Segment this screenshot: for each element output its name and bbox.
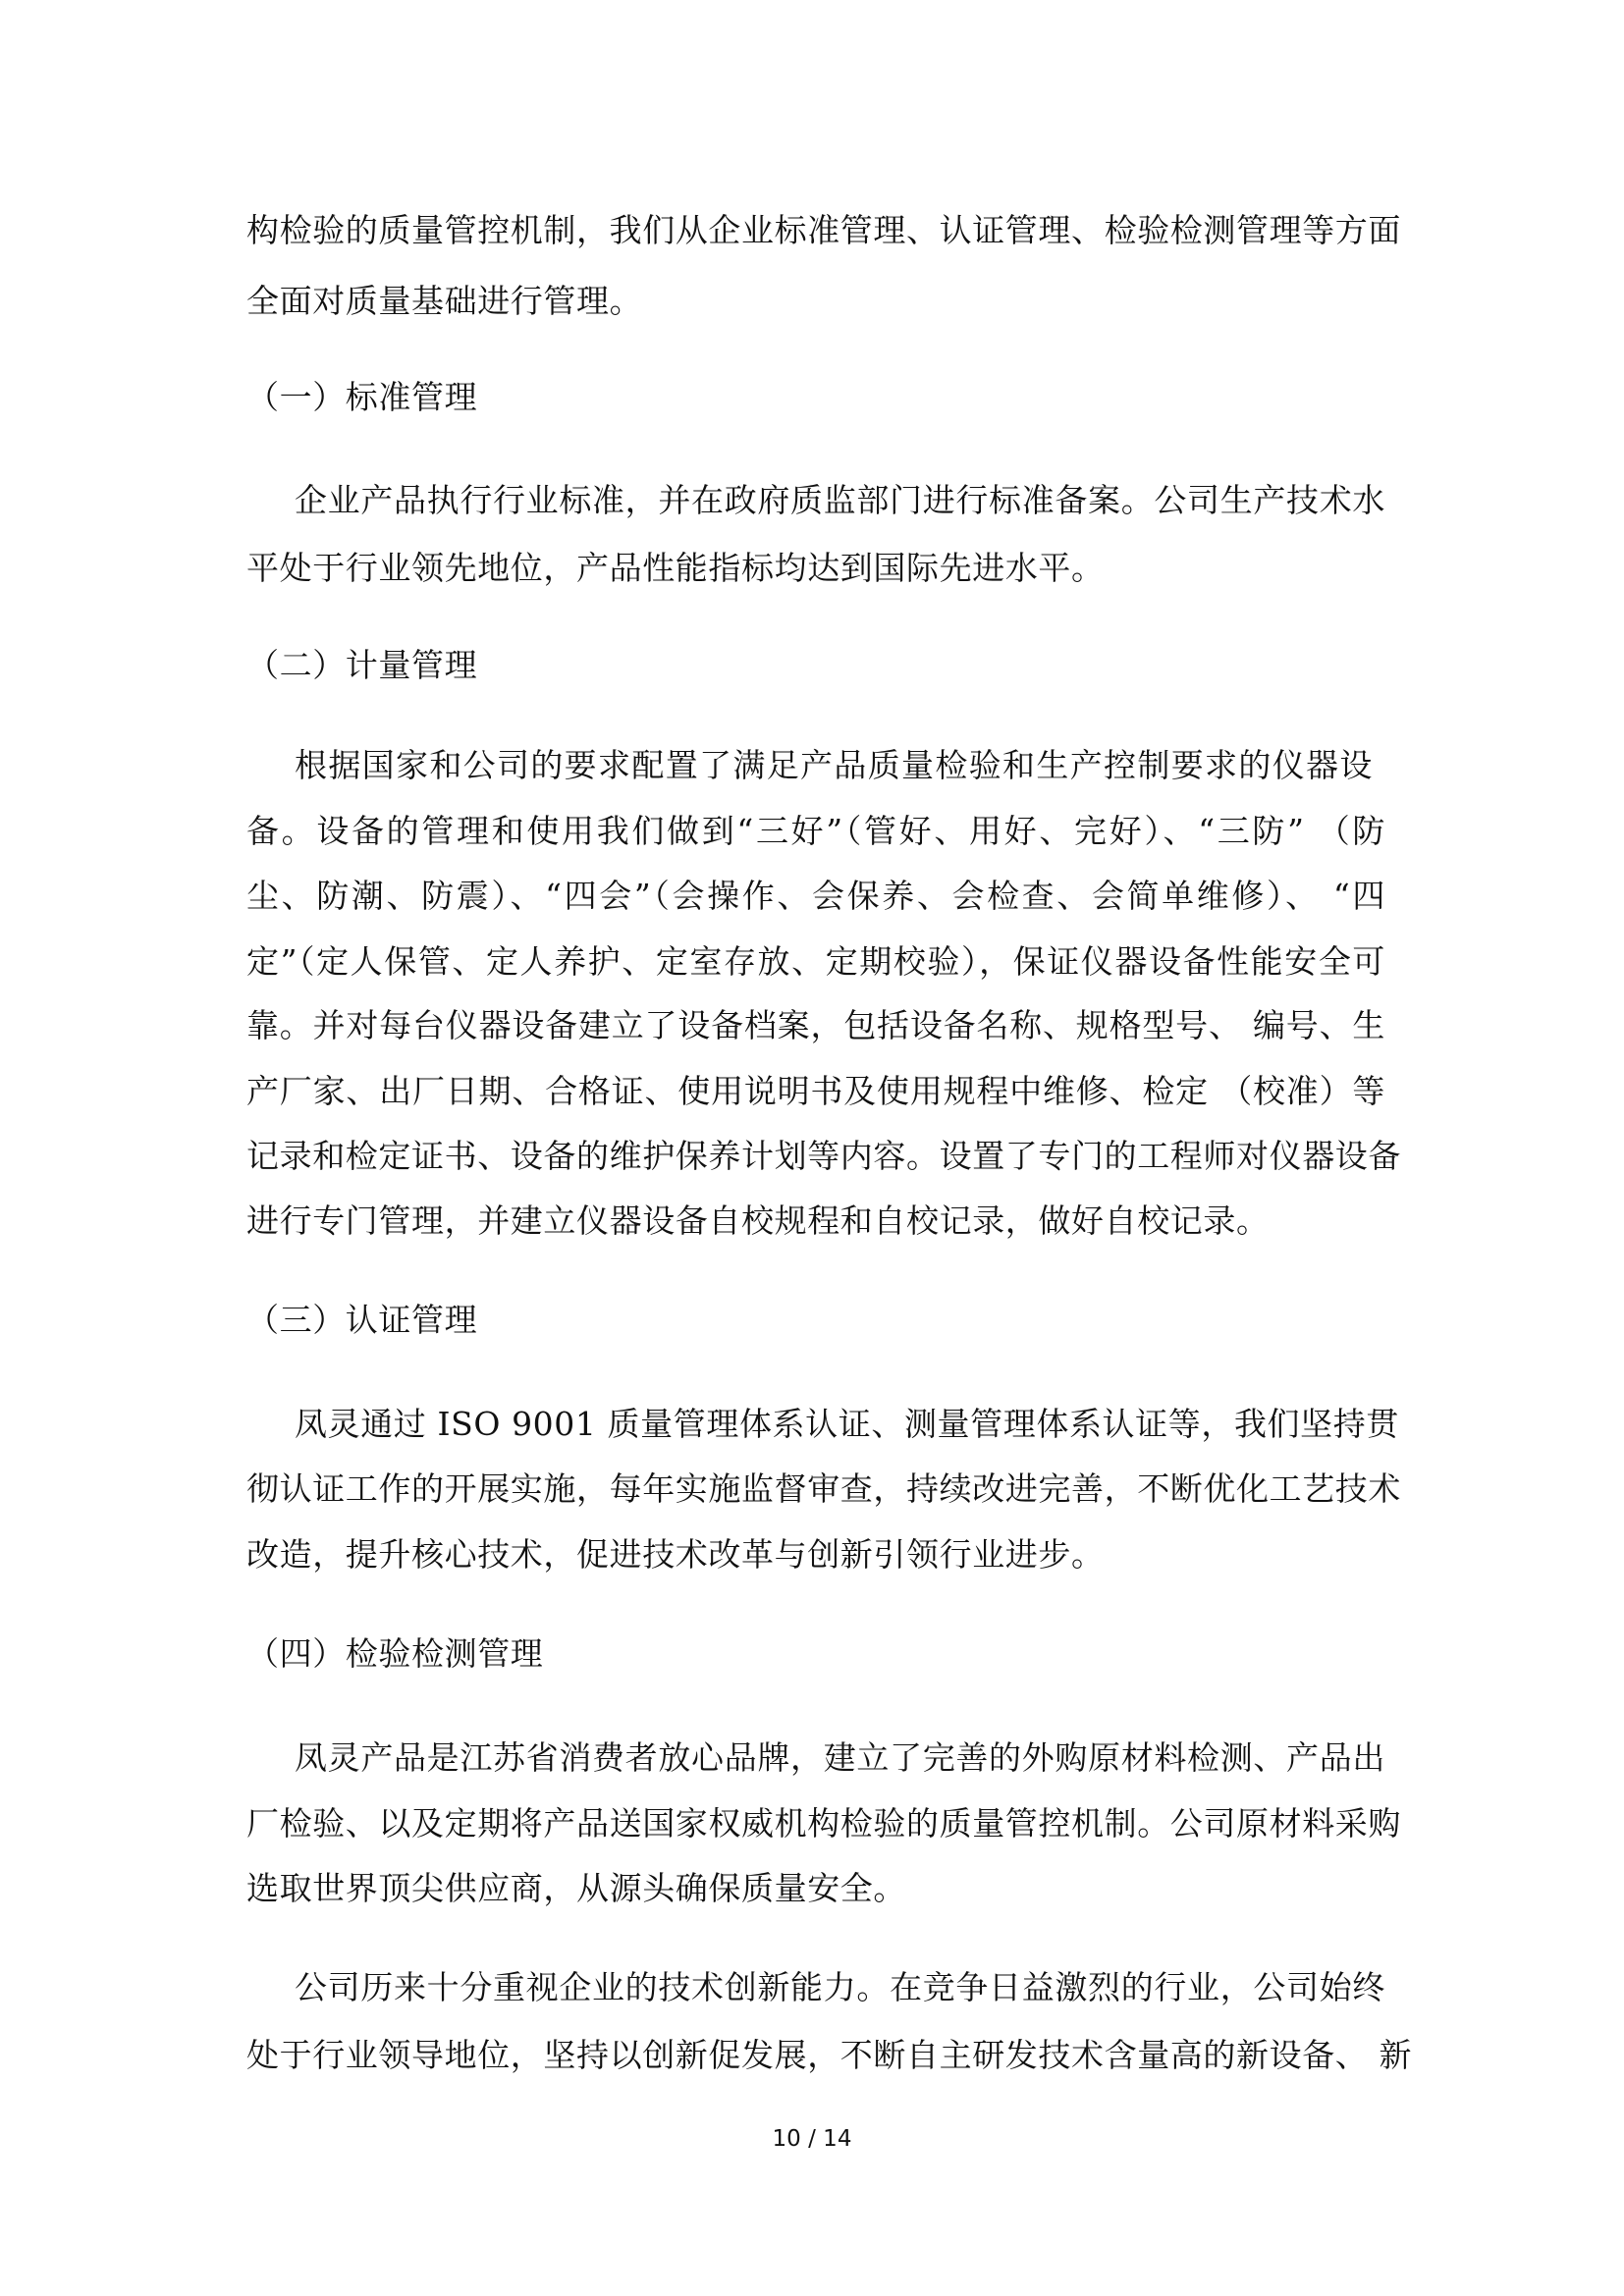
- paragraph-line: 平处于行业领先地位，产品性能指标均达到国际先进水平。: [246, 549, 1385, 588]
- paragraph-line: 处于行业领导地位，坚持以创新促发展，不断自主研发技术含量高的新设备、 新: [246, 2036, 1385, 2075]
- paragraph-line: 全面对质量基础进行管理。: [246, 282, 1385, 321]
- paragraph-line: 记录和检定证书、设备的维护保养计划等内容。设置了专门的工程师对仪器设备: [246, 1137, 1385, 1176]
- section-heading: （四）检验检测管理: [246, 1634, 1385, 1674]
- paragraph-line: 公司历来十分重视企业的技术创新能力。在竞争日益激烈的行业，公司始终: [295, 1968, 1385, 2007]
- paragraph-line: 尘、防潮、防震）、“四会”（会操作、会保养、会检查、会简单维修）、 “四: [246, 877, 1385, 916]
- paragraph-line: 产厂家、出厂日期、合格证、使用说明书及使用规程中维修、检定 （校准）等: [246, 1072, 1385, 1111]
- section-heading: （三）认证管理: [246, 1301, 1385, 1340]
- paragraph-line: 彻认证工作的开展实施，每年实施监督审查，持续改进完善，不断优化工艺技术: [246, 1469, 1385, 1509]
- paragraph-line: 改造，提升核心技术，促进技术改革与创新引领行业进步。: [246, 1535, 1385, 1575]
- paragraph-line: 进行专门管理，并建立仪器设备自校规程和自校记录，做好自校记录。: [246, 1201, 1385, 1241]
- section-heading: （二）计量管理: [246, 646, 1385, 685]
- paragraph-line: 企业产品执行行业标准，并在政府质监部门进行标准备案。公司生产技术水: [295, 481, 1385, 520]
- paragraph-line: 靠。并对每台仪器设备建立了设备档案，包括设备名称、规格型号、 编号、生: [246, 1006, 1385, 1045]
- paragraph-line: 根据国家和公司的要求配置了满足产品质量检验和生产控制要求的仪器设: [295, 746, 1373, 785]
- paragraph-line: 备。设备的管理和使用我们做到“三好”（管好、用好、完好）、“三防” （防: [246, 812, 1385, 851]
- paragraph-line: 构检验的质量管控机制，我们从企业标准管理、认证管理、检验检测管理等方面: [246, 211, 1385, 250]
- paragraph-line: 凤灵通过 ISO 9001 质量管理体系认证、测量管理体系认证等，我们坚持贯: [295, 1405, 1385, 1444]
- paragraph-line: 凤灵产品是江苏省消费者放心品牌，建立了完善的外购原材料检测、产品出: [295, 1738, 1385, 1778]
- paragraph-line: 选取世界顶尖供应商，从源头确保质量安全。: [246, 1869, 1385, 1908]
- page-number: 10 / 14: [0, 2126, 1624, 2152]
- paragraph-line: 厂检验、以及定期将产品送国家权威机构检验的质量管控机制。公司原材料采购: [246, 1804, 1385, 1843]
- paragraph-line: 定”（定人保管、定人养护、定室存放、定期校验），保证仪器设备性能安全可: [246, 942, 1385, 982]
- section-heading: （一）标准管理: [246, 378, 1385, 417]
